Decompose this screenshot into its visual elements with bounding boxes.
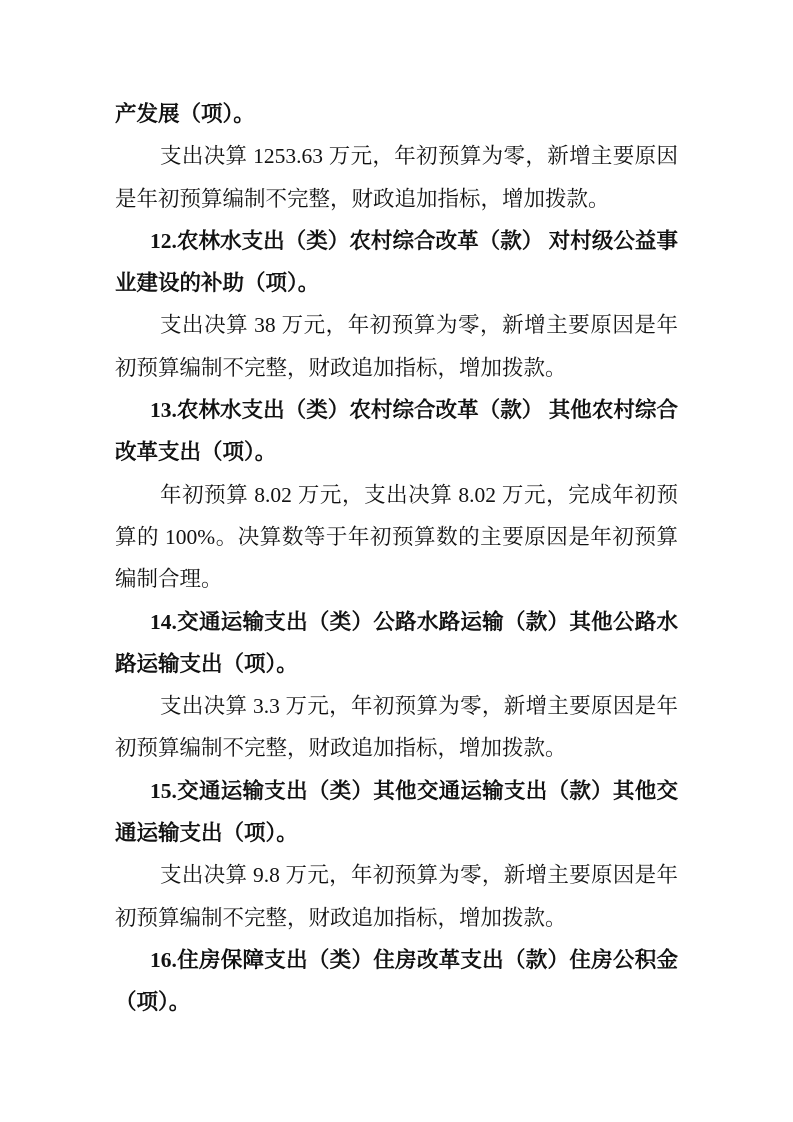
- section-heading-item-15: 15.交通运输支出（类）其他交通运输支出（款）其他交通运输支出（项）。: [115, 770, 678, 855]
- paragraph-expense-detail-item-14: 支出决算 3.3 万元，年初预算为零，新增主要原因是年初预算编制不完整，财政追加…: [115, 685, 678, 770]
- paragraph-expense-detail-item-13: 年初预算 8.02 万元，支出决算 8.02 万元，完成年初预算的 100%。决…: [115, 474, 678, 601]
- paragraph-expense-detail-item-12: 支出决算 38 万元，年初预算为零，新增主要原因是年初预算编制不完整，财政追加指…: [115, 304, 678, 389]
- paragraph-expense-detail-item-11: 支出决算 1253.63 万元，年初预算为零，新增主要原因是年初预算编制不完整，…: [115, 135, 678, 220]
- section-heading-item-13: 13.农林水支出（类）农村综合改革（款） 其他农村综合改革支出（项）。: [115, 389, 678, 474]
- section-heading-item-16: 16.住房保障支出（类）住房改革支出（款）住房公积金（项）。: [115, 939, 678, 1024]
- section-heading-item-14: 14.交通运输支出（类）公路水路运输（款）其他公路水路运输支出（项）。: [115, 601, 678, 686]
- section-heading-item-12: 12.农林水支出（类）农村综合改革（款） 对村级公益事业建设的补助（项）。: [115, 220, 678, 305]
- document-page: 产发展（项）。 支出决算 1253.63 万元，年初预算为零，新增主要原因是年初…: [0, 0, 793, 1122]
- paragraph-expense-detail-item-15: 支出决算 9.8 万元，年初预算为零，新增主要原因是年初预算编制不完整，财政追加…: [115, 854, 678, 939]
- document-content: 产发展（项）。 支出决算 1253.63 万元，年初预算为零，新增主要原因是年初…: [115, 93, 678, 1024]
- heading-continuation-item-11: 产发展（项）。: [115, 93, 678, 135]
